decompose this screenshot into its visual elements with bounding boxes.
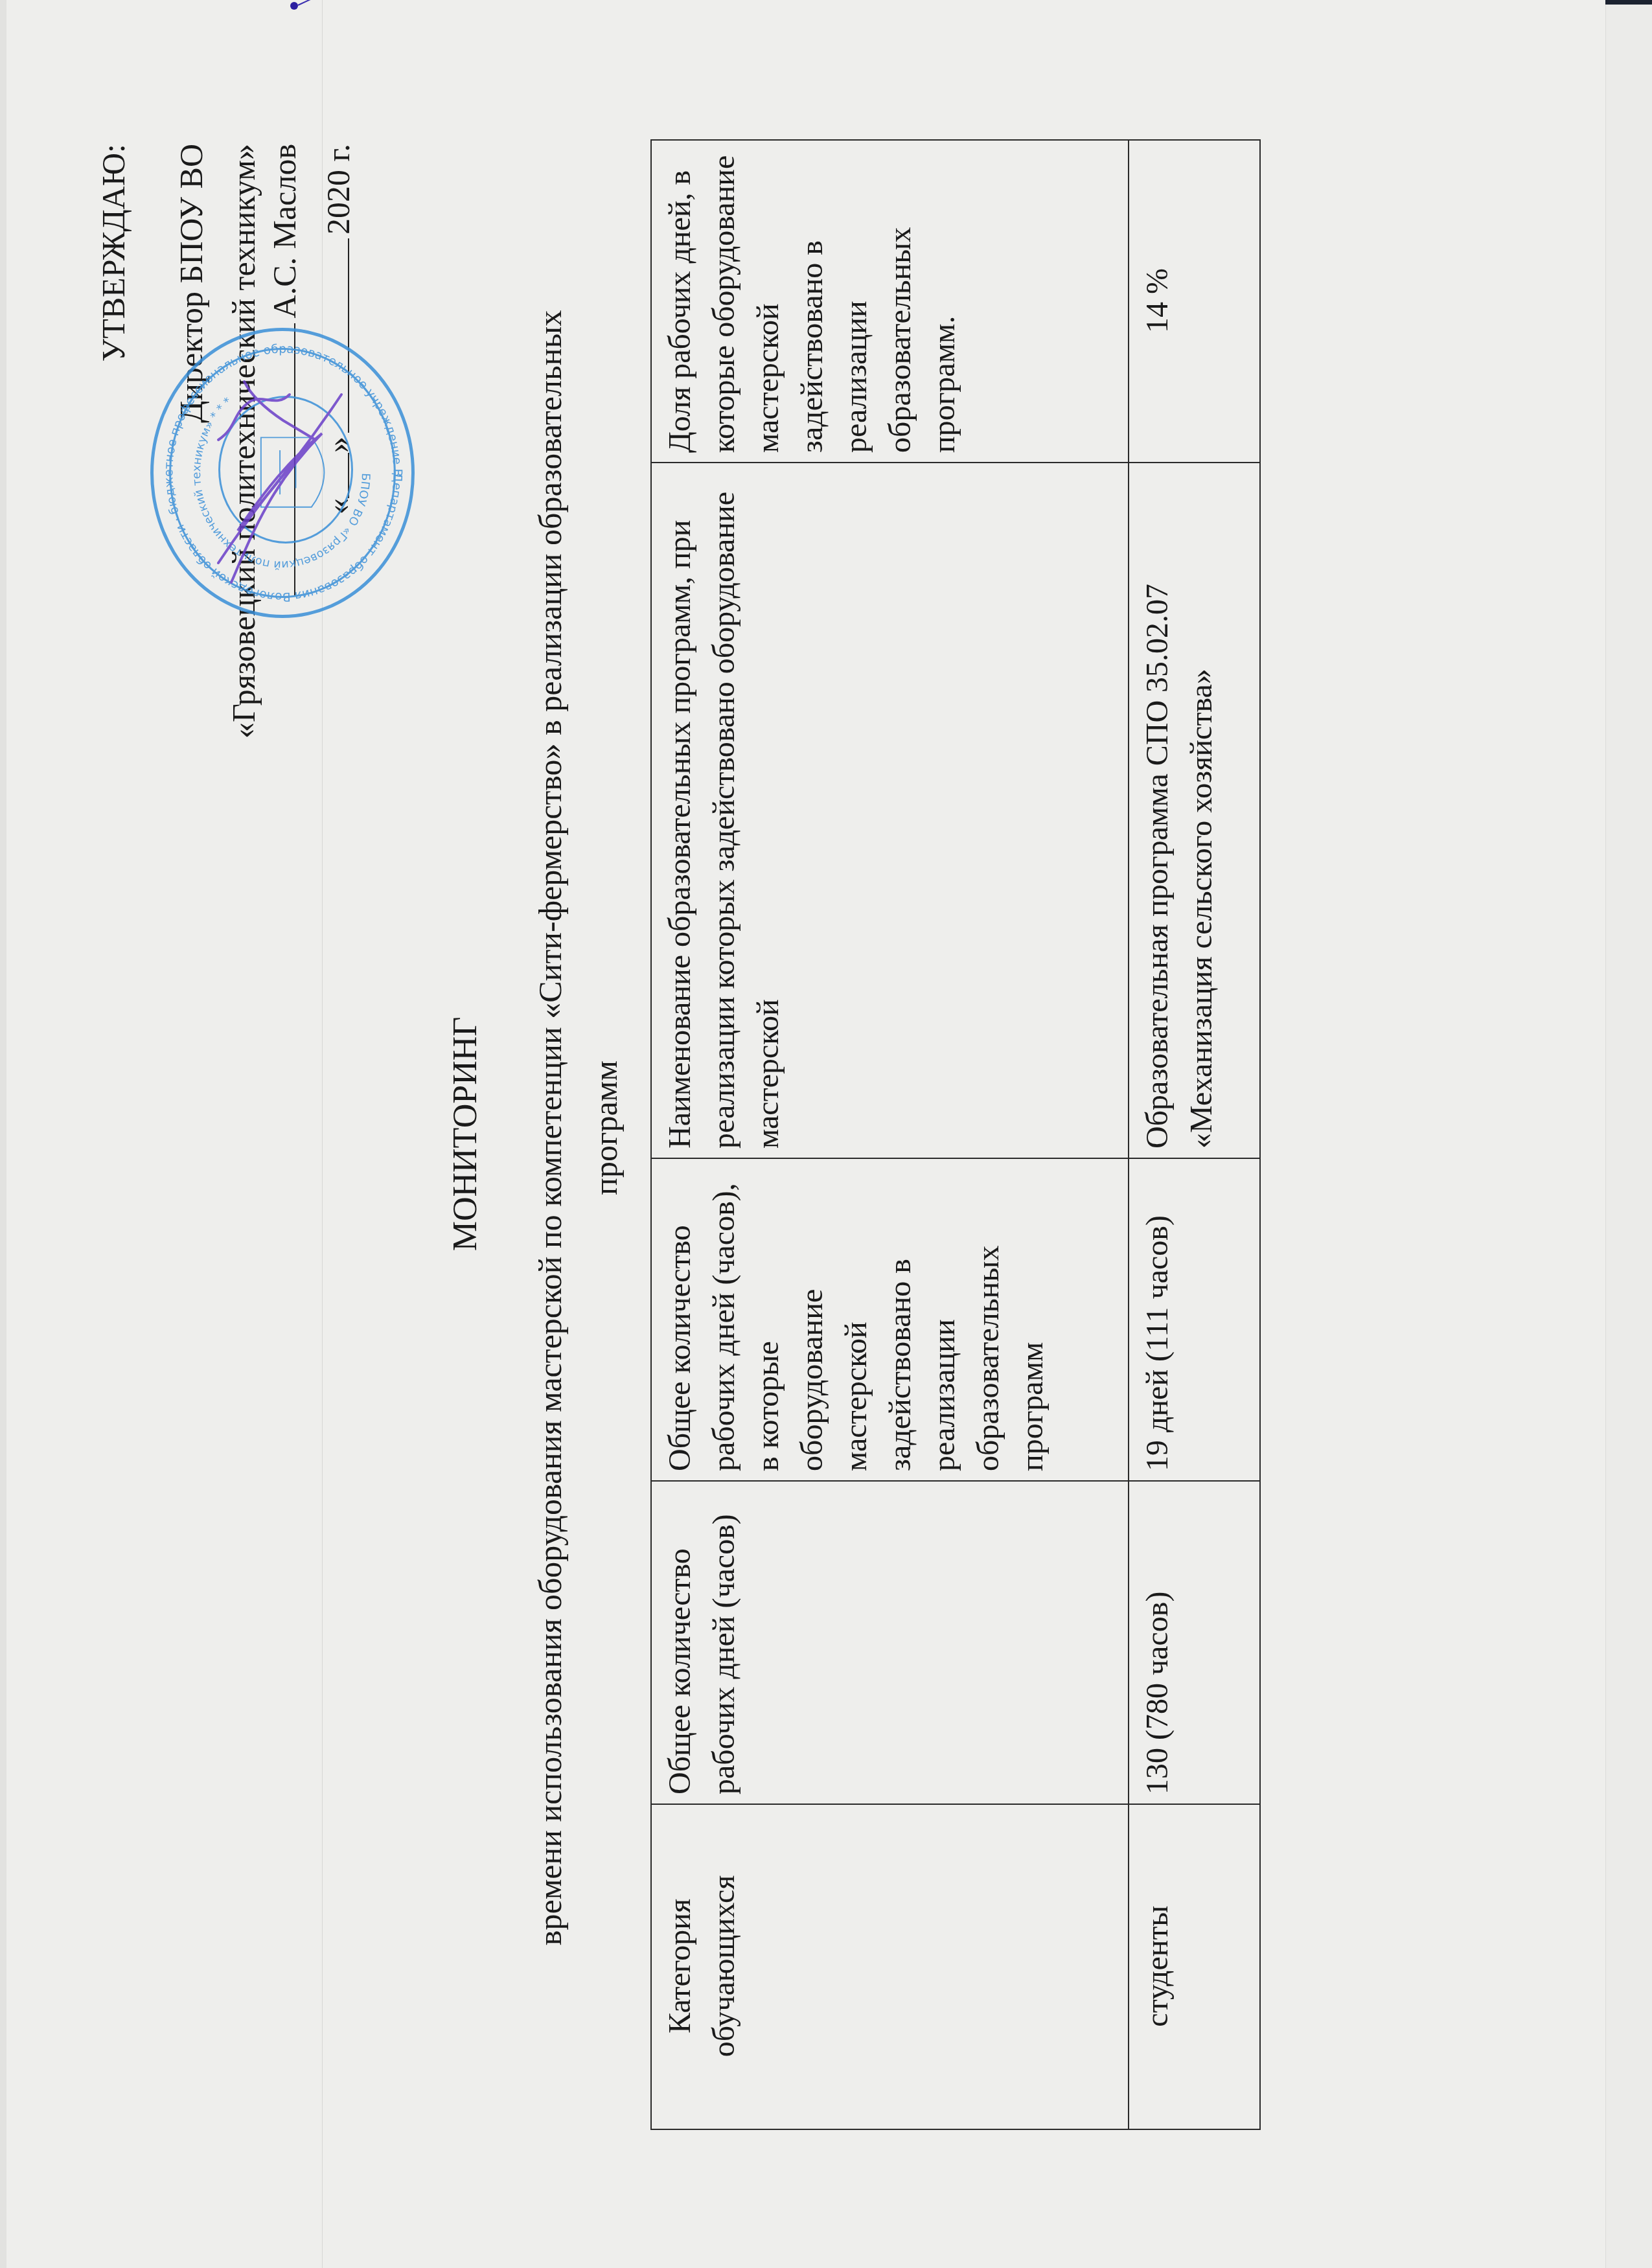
approval-signatory: А.С. Маслов bbox=[266, 144, 303, 318]
table-row: студенты 130 (780 часов) 19 дней (111 ча… bbox=[1129, 140, 1260, 2129]
document-page: УТВЕРЖДАЮ: Директор БПОУ ВО «Грязовецкий… bbox=[0, 0, 1652, 2268]
cell-program-name: Образовательная программа СПО 35.02.07 «… bbox=[1129, 463, 1260, 1158]
cell-share: 14 % bbox=[1129, 140, 1260, 463]
header-total-days: Общее количество рабочих дней (часов) bbox=[651, 1481, 1129, 1804]
approval-heading: УТВЕРЖДАЮ: bbox=[94, 144, 133, 361]
header-category: Категория обучающихся bbox=[651, 1804, 1129, 2129]
document-title: МОНИТОРИНГ bbox=[443, 0, 488, 2268]
signature-icon bbox=[192, 369, 361, 589]
monitoring-table: Категория обучающихся Общее количество р… bbox=[650, 139, 1261, 2130]
table-header-row: Категория обучающихся Общее количество р… bbox=[651, 140, 1129, 2129]
cell-category: студенты bbox=[1129, 1804, 1260, 2129]
date-year: 2020 г. bbox=[320, 144, 356, 235]
header-share: Доля рабочих дней, в которые оборудовани… bbox=[651, 140, 1129, 463]
document-subtitle: времени использования оборудования масте… bbox=[522, 143, 634, 2113]
header-used-days: Общее количество рабочих дней (часов), в… bbox=[651, 1158, 1129, 1481]
cell-used-days: 19 дней (111 часов) bbox=[1129, 1158, 1260, 1481]
ink-stroke bbox=[298, 0, 334, 6]
header-program-names: Наименование образовательных программ, п… bbox=[651, 463, 1129, 1158]
official-stamp: Департамент образования Вологодской обла… bbox=[150, 328, 415, 618]
subtitle-line-2: программ bbox=[578, 143, 634, 2113]
subtitle-line-1: времени использования оборудования масте… bbox=[522, 143, 578, 2113]
cell-total-days: 130 (780 часов) bbox=[1129, 1481, 1260, 1804]
ink-dot bbox=[290, 2, 298, 10]
